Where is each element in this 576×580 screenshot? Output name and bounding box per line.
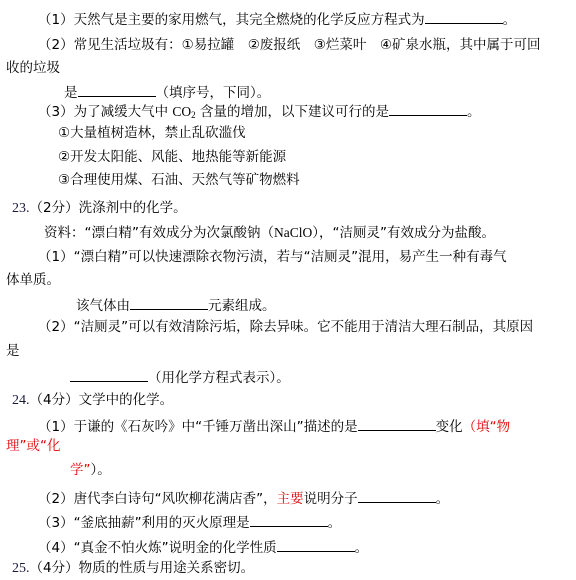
question-number: 25. xyxy=(12,561,30,576)
q22-part2-line1: （2）常见生活垃圾有：①易拉罐 ②废报纸 ③烂菜叶 ④矿泉水瓶，其中属于可回 xyxy=(38,37,541,53)
q22-part2-line3: 是（填序号，下同）。 xyxy=(64,82,270,101)
q25-title: 25.（4分）物质的性质与用途关系密切。 xyxy=(12,560,254,577)
question-number: 24. xyxy=(12,393,30,408)
q23-part2-line2: 是 xyxy=(6,343,20,359)
answer-blank[interactable] xyxy=(250,512,328,527)
q22-option-3: ③合理使用煤、石油、天然气等矿物燃料 xyxy=(58,172,300,188)
q22-part3: （3）为了减缓大气中 CO2 含量的增加，以下建议可行的是。 xyxy=(38,101,480,123)
question-number: 23. xyxy=(12,201,30,216)
answer-blank[interactable] xyxy=(70,367,148,382)
q24-part1-line1: （1）于谦的《石灰吟》中“千锤万凿出深山”描述的是变化（填“物 xyxy=(38,416,510,435)
q24-part3: （3）“釜底抽薪”利用的灭火原理是。 xyxy=(38,512,341,531)
q23-part2-answer: （用化学方程式表示）。 xyxy=(70,367,290,386)
answer-blank[interactable] xyxy=(425,9,503,24)
answer-blank[interactable] xyxy=(277,537,355,552)
q23-info: 资料：“漂白精”有效成分为次氯酸钠（NaClO），“洁厕灵”有效成分为盐酸。 xyxy=(44,225,495,241)
q24-part1-line3: 学”）。 xyxy=(70,462,111,478)
q23-part1-line1: （1）“漂白精”可以快速漂除衣物污渍，若与“洁厕灵”混用，易产生一种有毒气 xyxy=(38,249,507,265)
answer-blank[interactable] xyxy=(358,416,436,431)
q22-part1: （1）天然气是主要的家用燃气，其完全燃烧的化学反应方程式为。 xyxy=(38,9,516,28)
answer-blank[interactable] xyxy=(78,82,156,97)
q23-part1-line2: 体单质。 xyxy=(6,272,60,288)
q22-option-2: ②开发太阳能、风能、地热能等新能源 xyxy=(58,149,286,165)
q22-part2-line2: 收的垃圾 xyxy=(6,60,60,76)
q24-part1-line2: 理”或“化 xyxy=(6,438,61,454)
answer-blank[interactable] xyxy=(389,101,467,116)
answer-blank[interactable] xyxy=(358,488,436,503)
q24-part2: （2）唐代李白诗句“风吹柳花满店香”，主要说明分子。 xyxy=(38,488,449,507)
q24-title: 24.（4分）文学中的化学。 xyxy=(12,392,173,409)
q24-part4: （4）“真金不怕火炼”说明金的化学性质。 xyxy=(38,537,368,556)
q22-option-1: ①大量植树造林，禁止乱砍滥伐 xyxy=(58,125,246,141)
answer-blank[interactable] xyxy=(130,295,208,310)
q23-title: 23.（2分）洗涤剂中的化学。 xyxy=(12,200,187,217)
q23-part2-line1: （2）“洁厕灵”可以有效清除污垢，除去异味。它不能用于清洁大理石制品，其原因 xyxy=(38,319,533,335)
q23-part1-answer: 该气体由元素组成。 xyxy=(76,295,276,314)
